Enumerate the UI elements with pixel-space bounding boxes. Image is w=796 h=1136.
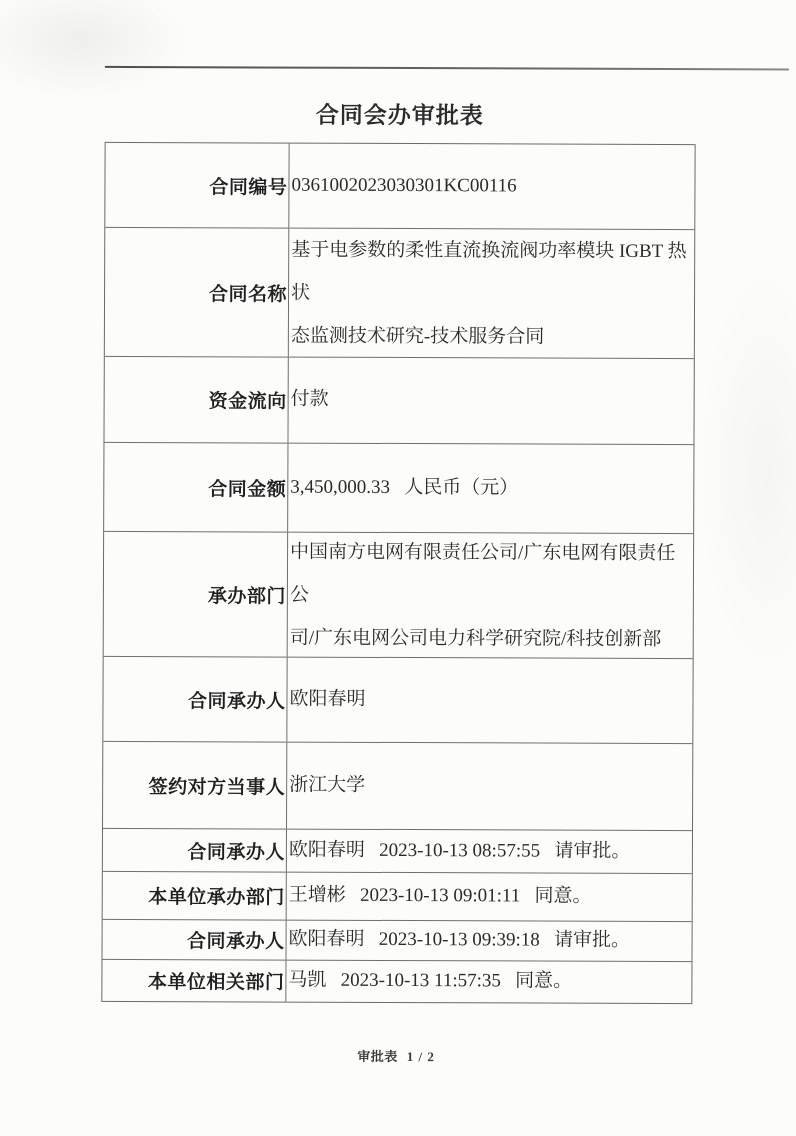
table-row-contract-amount: 合同金额 3,450,000.33 人民币（元） (104, 443, 693, 534)
row-value: 欧阳春明 (287, 658, 692, 744)
row-value: 马凯 2023-10-13 11:57:35 同意。 (286, 961, 691, 1004)
table-row-approval-3: 合同承办人 欧阳春明 2023-10-13 09:39:18 请审批。 (102, 920, 691, 962)
row-label: 本单位承办部门 (103, 872, 287, 920)
row-label: 承办部门 (104, 532, 288, 657)
page-title: 合同会办审批表 (2, 95, 796, 131)
table-row-handling-department: 承办部门 中国南方电网有限责任公司/广东电网有限责任公 司/广东电网公司电力科学… (104, 532, 693, 659)
document-page: 合同会办审批表 合同编号 0361002023030301KC00116 合同名… (0, 0, 796, 1136)
row-label: 合同承办人 (103, 829, 287, 872)
row-label: 合同编号 (105, 143, 289, 228)
approval-table: 合同编号 0361002023030301KC00116 合同名称 基于电参数的… (101, 142, 695, 1004)
row-label: 合同承办人 (103, 657, 287, 742)
row-value: 0361002023030301KC00116 (289, 144, 694, 230)
table-row-contract-handler: 合同承办人 欧阳春明 (103, 657, 692, 744)
table-row-approval-1: 合同承办人 欧阳春明 2023-10-13 08:57:55 请审批。 (103, 829, 692, 874)
table-row-counterparty: 签约对方当事人 浙江大学 (103, 742, 692, 831)
row-value: 基于电参数的柔性直流换流阀功率模块 IGBT 热状 态监测技术研究-技术服务合同 (289, 229, 694, 359)
header-rule (105, 66, 789, 71)
row-value: 欧阳春明 2023-10-13 09:39:18 请审批。 (286, 921, 691, 962)
row-label: 合同名称 (105, 228, 289, 357)
row-label: 本单位相关部门 (102, 960, 286, 1002)
table-row-contract-name: 合同名称 基于电参数的柔性直流换流阀功率模块 IGBT 热状 态监测技术研究-技… (105, 228, 694, 359)
row-value: 付款 (288, 358, 693, 445)
footer-label: 审批表 (357, 1049, 398, 1064)
row-label: 合同承办人 (102, 920, 286, 960)
row-value: 欧阳春明 2023-10-13 08:57:55 请审批。 (287, 830, 692, 874)
table-row-approval-2: 本单位承办部门 王增彬 2023-10-13 09:01:11 同意。 (103, 872, 692, 922)
value-line: 司/广东电网公司电力科学研究院/科技创新部 (290, 616, 662, 660)
table-row-contract-number: 合同编号 0361002023030301KC00116 (105, 143, 694, 230)
row-value: 王增彬 2023-10-13 09:01:11 同意。 (287, 873, 692, 922)
value-line: 基于电参数的柔性直流换流阀功率模块 IGBT 热状 (291, 228, 690, 316)
row-label: 资金流向 (104, 357, 288, 443)
row-value: 中国南方电网有限责任公司/广东电网有限责任公 司/广东电网公司电力科学研究院/科… (288, 533, 693, 659)
row-value: 浙江大学 (287, 743, 692, 831)
value-line: 中国南方电网有限责任公司/广东电网有限责任公 (290, 530, 689, 618)
table-row-approval-4: 本单位相关部门 马凯 2023-10-13 11:57:35 同意。 (102, 960, 691, 1003)
page-footer: 审批表1 / 2 (0, 1044, 794, 1066)
value-line: 态监测技术研究-技术服务合同 (291, 314, 544, 358)
table-row-fund-direction: 资金流向 付款 (104, 357, 693, 445)
row-label: 合同金额 (104, 443, 288, 532)
row-value: 3,450,000.33 人民币（元） (288, 444, 693, 534)
page-number: 1 / 2 (407, 1049, 435, 1064)
row-label: 签约对方当事人 (103, 742, 287, 829)
